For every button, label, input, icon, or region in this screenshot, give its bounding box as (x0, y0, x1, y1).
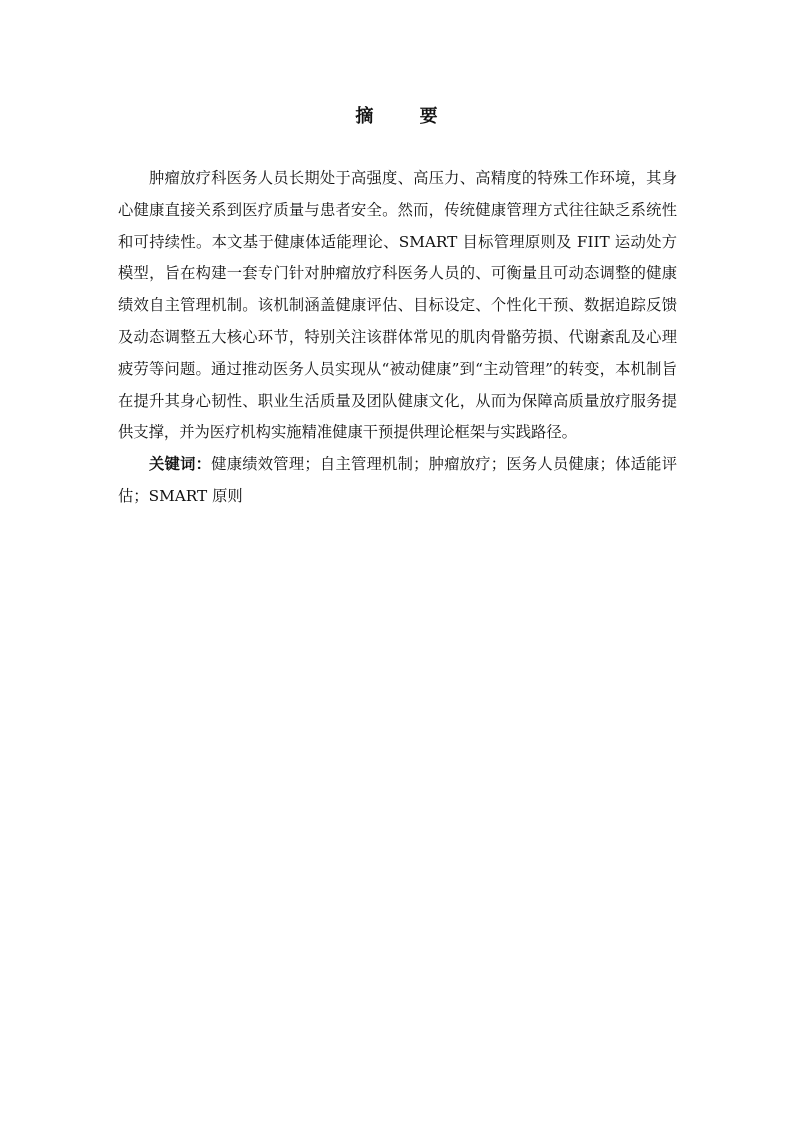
document-page: 摘 要 肿瘤放疗科医务人员长期处于高强度、高压力、高精度的特殊工作环境，其身心健… (0, 0, 793, 1122)
abstract-body: 肿瘤放疗科医务人员长期处于高强度、高压力、高精度的特殊工作环境，其身心健康直接关… (118, 163, 677, 513)
keywords-line: 关键词：健康绩效管理；自主管理机制；肿瘤放疗；医务人员健康；体适能评估；SMAR… (118, 449, 677, 513)
abstract-paragraph: 肿瘤放疗科医务人员长期处于高强度、高压力、高精度的特殊工作环境，其身心健康直接关… (118, 163, 677, 449)
keywords-label: 关键词： (149, 455, 211, 473)
abstract-title: 摘 要 (0, 104, 793, 130)
